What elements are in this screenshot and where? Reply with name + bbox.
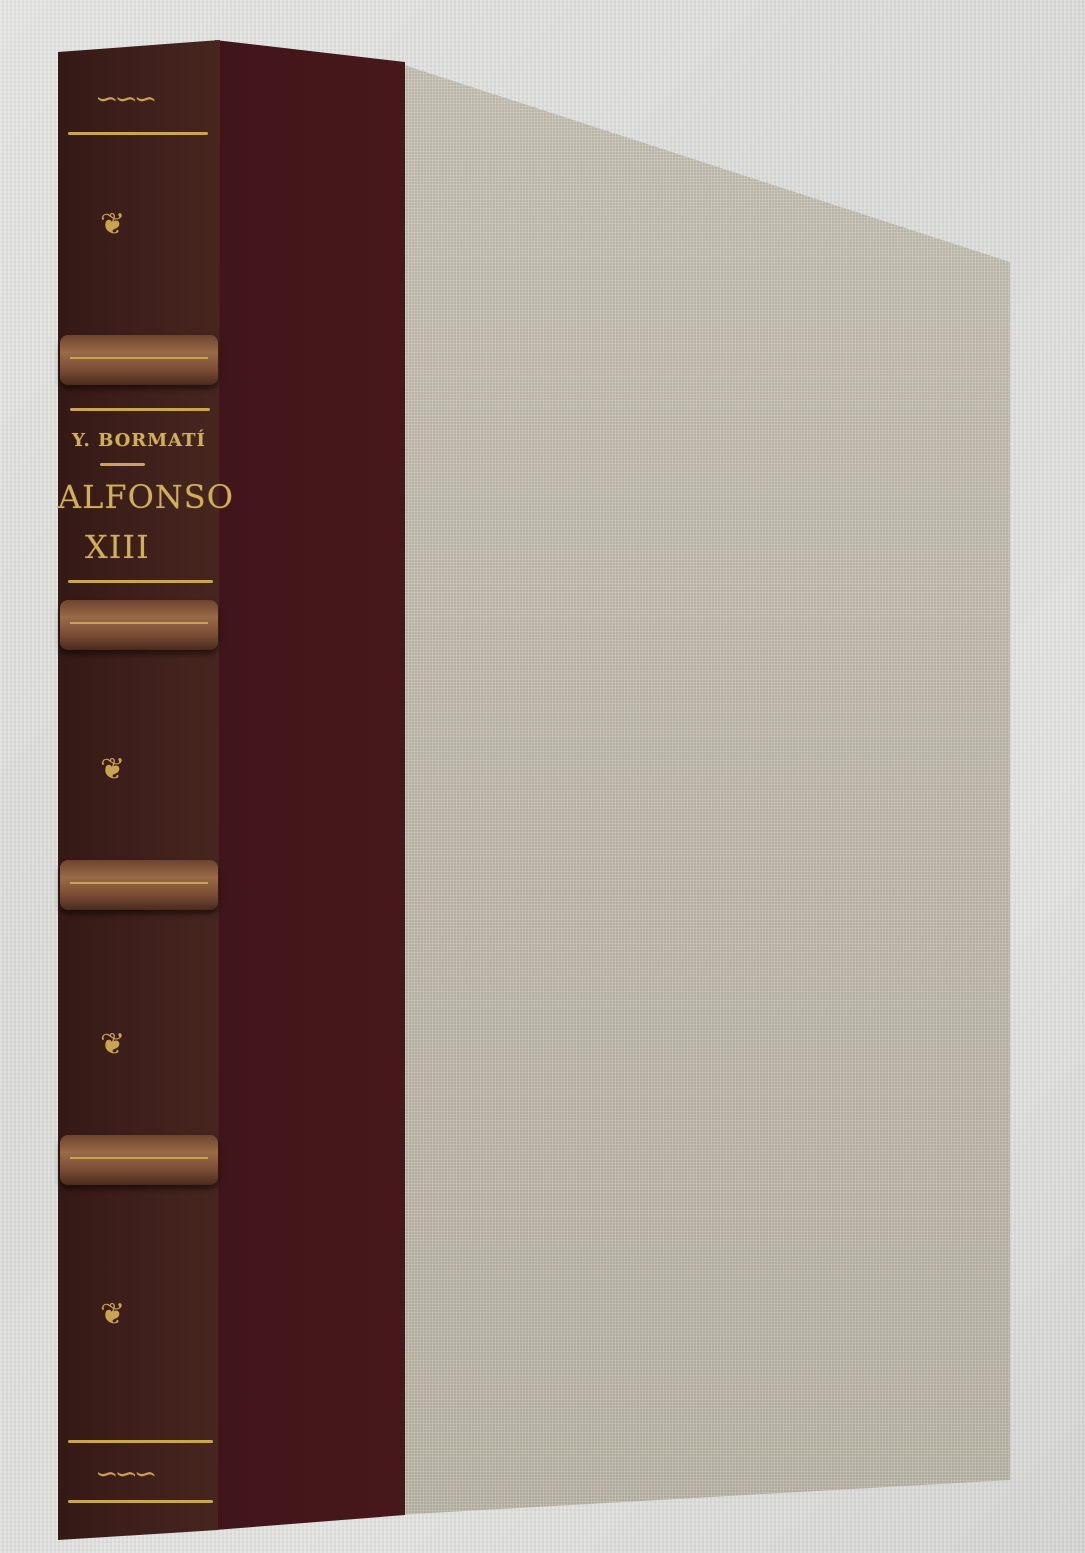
spine-ornament-icon: ❦ <box>100 755 125 785</box>
gilt-rule <box>70 408 210 411</box>
spine-title-line2: XIII <box>85 528 150 566</box>
book: ∽∽∽ ❦ Y. BORMATÍ ALFONSO XIII ❦ ❦ ❦ ∽∽∽ <box>0 0 1085 1553</box>
spine-ornament-icon: ❦ <box>100 210 125 240</box>
spine-ornament-icon: ❦ <box>100 1300 125 1330</box>
raised-band <box>60 1135 218 1185</box>
spine-title-line1: ALFONSO <box>58 478 234 516</box>
head-gilt-rule <box>68 132 208 135</box>
spine-author: Y. BORMATÍ <box>72 430 206 451</box>
head-ornament-icon: ∽∽∽ <box>95 85 153 113</box>
tail-ornament-icon: ∽∽∽ <box>95 1460 153 1488</box>
raised-band <box>60 860 218 910</box>
spine-ornament-icon: ❦ <box>100 1030 125 1060</box>
tail-gilt-rule <box>68 1500 213 1503</box>
raised-band <box>60 335 218 385</box>
title-divider <box>100 463 145 466</box>
tail-gilt-rule <box>68 1440 213 1443</box>
raised-band <box>60 600 218 650</box>
gilt-rule <box>68 580 213 583</box>
